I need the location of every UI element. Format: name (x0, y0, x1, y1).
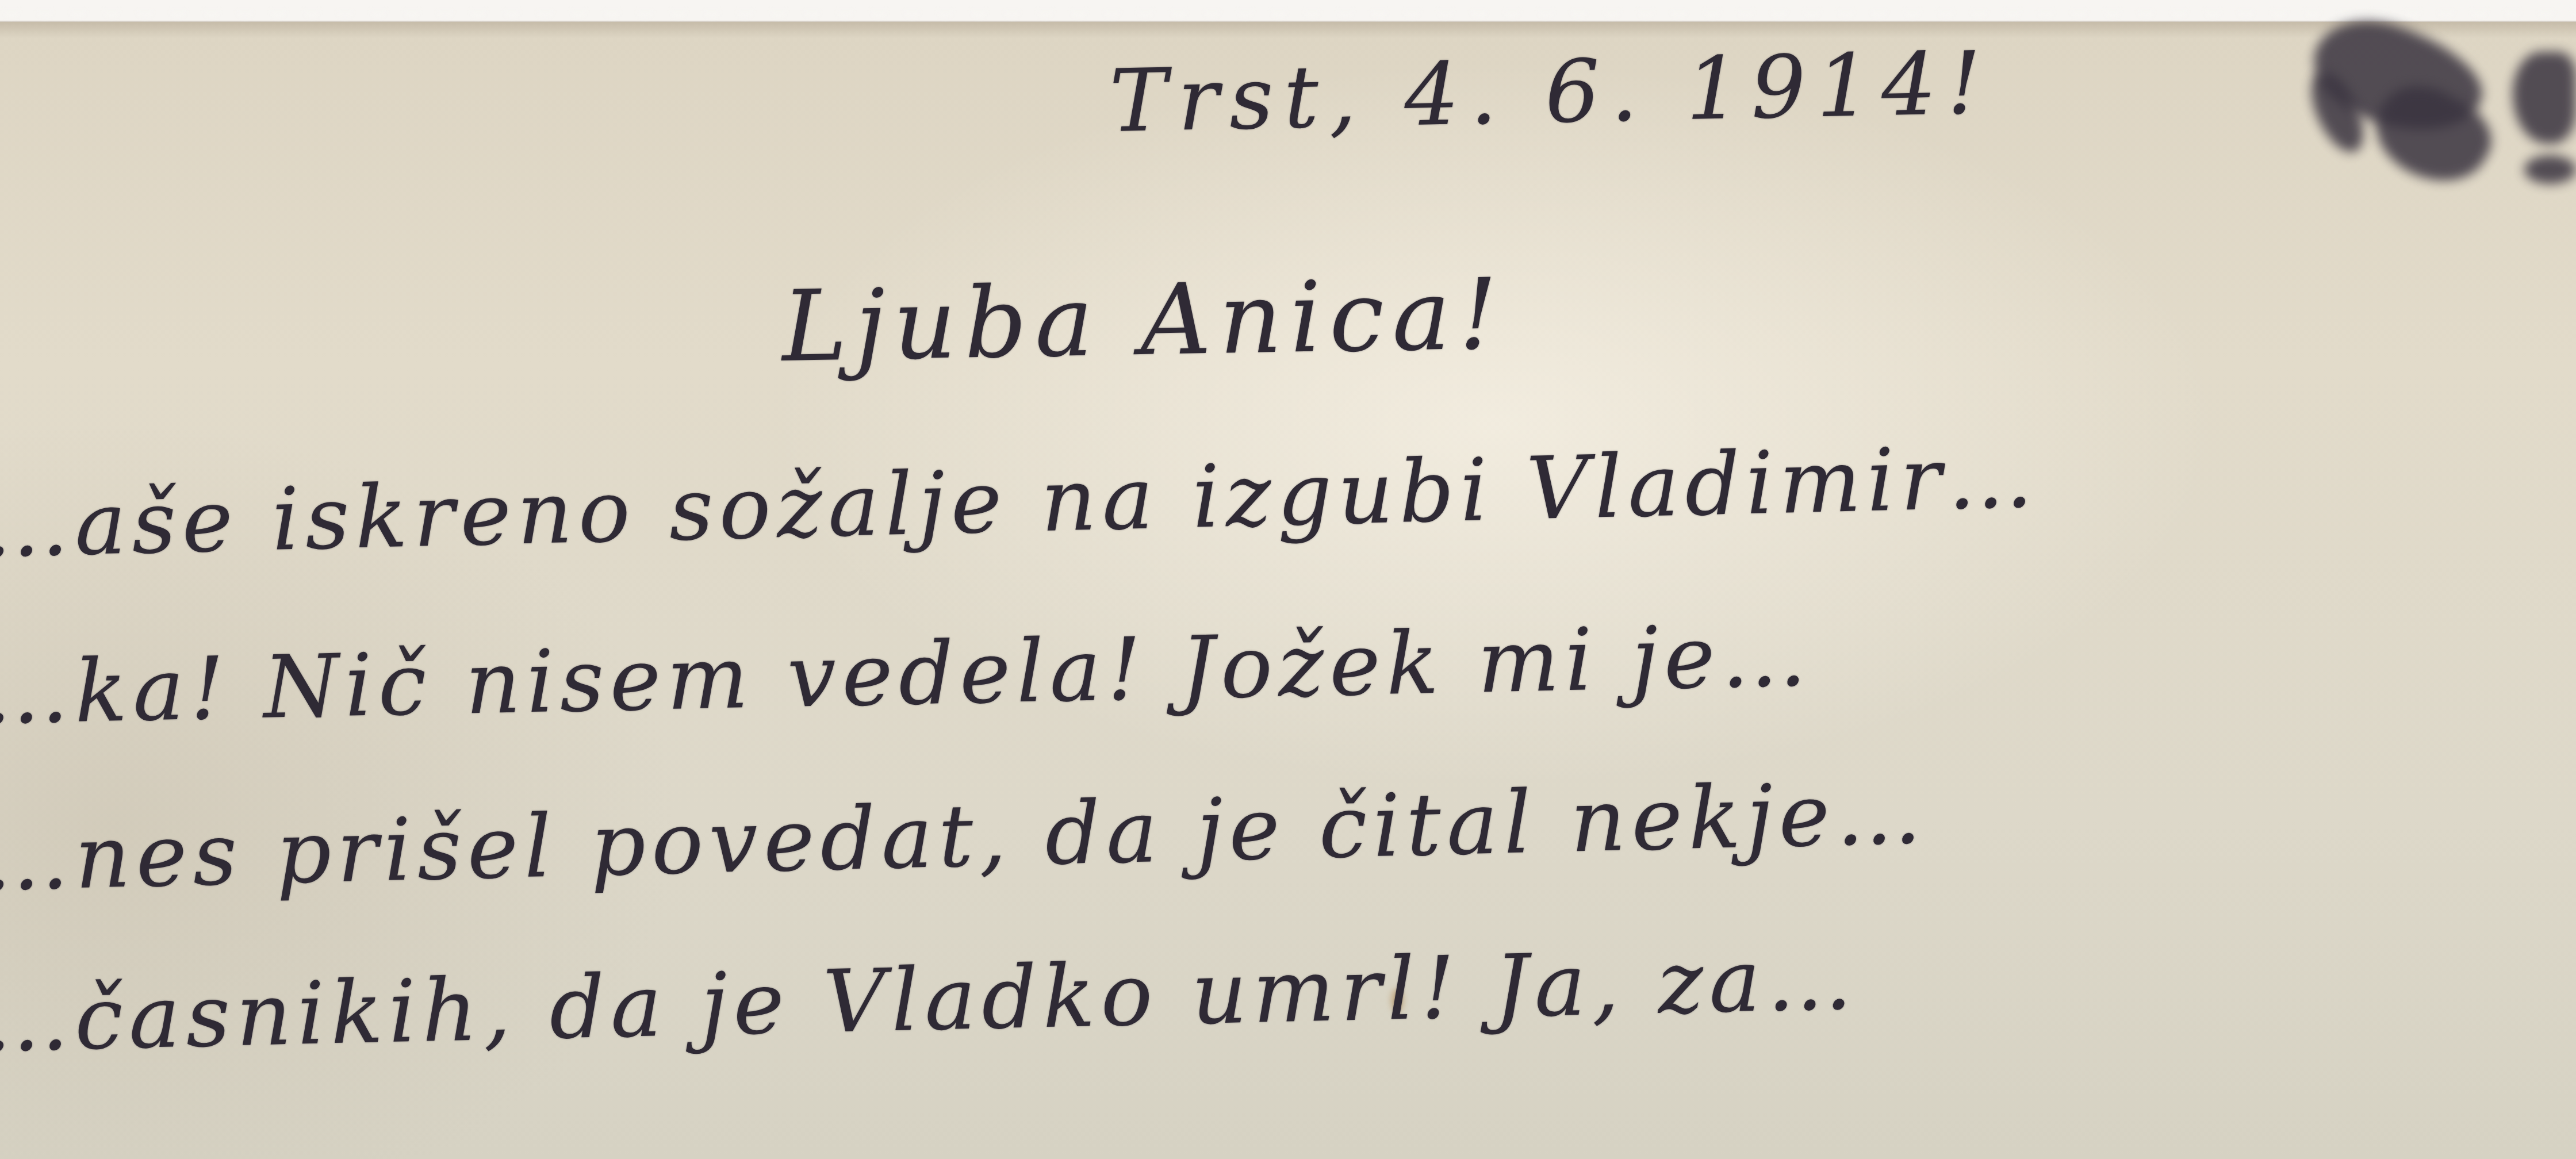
ink-stain (2524, 155, 2576, 184)
perforated-edge (0, 10, 2576, 33)
salutation: Ljuba Anica! (781, 258, 1506, 384)
letter-photograph: Trst, 4. 6. 1914! Ljuba Anica! …aše iskr… (0, 0, 2576, 1159)
place-and-date: Trst, 4. 6. 1914! (1109, 33, 1992, 152)
